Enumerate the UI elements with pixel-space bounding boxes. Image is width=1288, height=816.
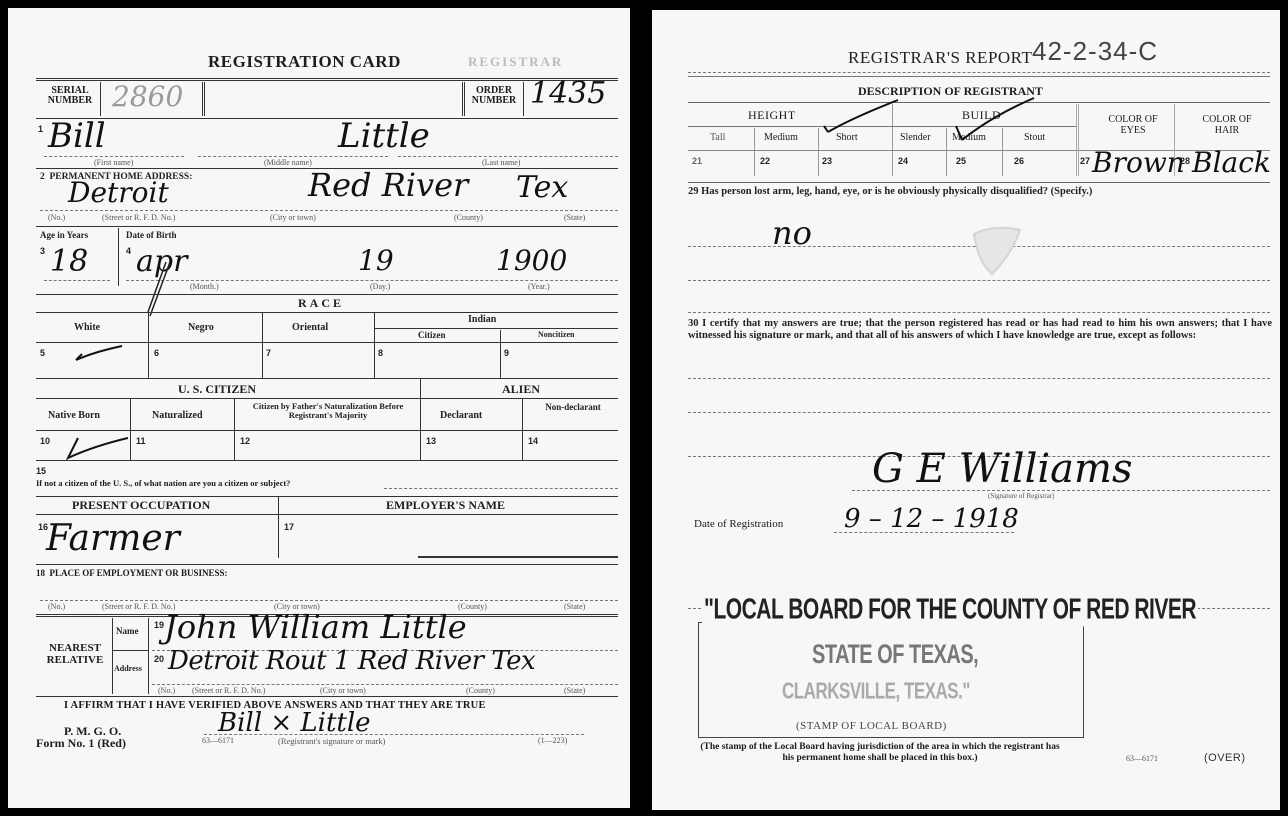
address-street: Detroit xyxy=(68,176,169,209)
address-state: Tex xyxy=(516,170,568,205)
white-checkmark-icon xyxy=(74,344,124,362)
order-number-label: ORDER NUMBER xyxy=(466,86,522,106)
relative-name: John William Little xyxy=(164,608,467,646)
stamp-caption: (STAMP OF LOCAL BOARD) xyxy=(796,720,947,732)
race-heading: RACE xyxy=(298,296,344,311)
age-label: Age in Years xyxy=(40,230,88,240)
registrar-signature: G E Williams xyxy=(872,446,1132,492)
address-county: Red River xyxy=(308,166,468,204)
eye-color-value: Brown xyxy=(1092,146,1185,179)
dob-year: 1900 xyxy=(496,244,567,277)
hair-color-value: Black xyxy=(1192,146,1271,179)
last-name: Little xyxy=(338,116,430,156)
stamp-line-1: "LOCAL BOARD FOR THE COUNTY OF RED RIVER xyxy=(702,594,1198,626)
hair-heading: COLOR OF HAIR xyxy=(1192,114,1262,136)
report-title: REGISTRAR'S REPORT xyxy=(848,48,1032,68)
age-value: 18 xyxy=(50,244,88,279)
faded-header: REGISTRAR xyxy=(468,54,563,70)
date-of-registration-value: 9 – 12 – 1918 xyxy=(844,504,1019,534)
registration-card: REGISTRATION CARD REGISTRAR SERIAL NUMBE… xyxy=(8,8,630,808)
occupation-label: PRESENT OCCUPATION xyxy=(72,498,210,513)
stamp-line-3: CLARKSVILLE, TEXAS." xyxy=(782,678,970,705)
serial-number-label: SERIAL NUMBER xyxy=(40,86,100,106)
date-of-registration-label: Date of Registration xyxy=(694,518,783,530)
stamp-line-2: STATE OF TEXAS, xyxy=(812,640,978,671)
nearest-relative-label: NEAREST RELATIVE xyxy=(42,642,108,666)
height-short-checkmark-icon xyxy=(822,96,902,136)
form-id-line2: Form No. 1 (Red) xyxy=(36,736,126,751)
card-title: REGISTRATION CARD xyxy=(208,52,401,72)
stamp-footnote: (The stamp of the Local Board having jur… xyxy=(700,742,1060,764)
registrars-report: REGISTRAR'S REPORT 42-2-34-C DESCRIPTION… xyxy=(652,10,1280,810)
report-stamp-code: 42-2-34-C xyxy=(1032,36,1158,67)
faded-mark-icon xyxy=(968,224,1024,278)
alien-heading: ALIEN xyxy=(502,382,540,397)
relative-address: Detroit Rout 1 Red River Tex xyxy=(168,646,535,676)
dob-day: 19 xyxy=(358,244,394,277)
question-30: 30 I certify that my answers are true; t… xyxy=(688,318,1272,342)
height-heading: HEIGHT xyxy=(748,108,796,123)
nation-question: If not a citizen of the U. S., of what n… xyxy=(36,478,290,488)
build-medium-checkmark-icon xyxy=(952,96,1038,144)
eyes-heading: COLOR OF EYES xyxy=(1098,114,1168,136)
question-29: 29 Has person lost arm, leg, hand, eye, … xyxy=(688,186,1272,198)
native-born-checkmark-icon xyxy=(64,436,130,460)
serial-number-value: 2860 xyxy=(112,80,183,113)
order-number-value: 1435 xyxy=(530,76,606,111)
over-label: (OVER) xyxy=(1204,752,1246,764)
employer-label: EMPLOYER'S NAME xyxy=(386,498,505,513)
occupation-value: Farmer xyxy=(46,518,180,559)
dob-label: Date of Birth xyxy=(126,230,177,240)
first-name: Bill xyxy=(48,116,106,156)
place-of-employment-label: PLACE OF EMPLOYMENT OR BUSINESS: xyxy=(50,568,228,578)
us-citizen-heading: U. S. CITIZEN xyxy=(178,382,256,397)
